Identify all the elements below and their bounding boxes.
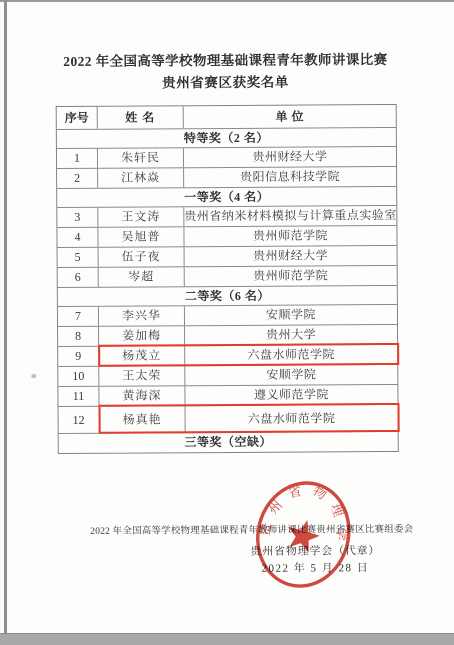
- cell-unit: 贵州财经大学: [183, 147, 396, 167]
- cell-name: 杨真艳: [99, 406, 185, 433]
- award-tier-label: 二等奖（6 名）: [58, 286, 397, 306]
- scanned-document-page: 2022 年全国高等学校物理基础课程青年教师讲课比赛 贵州省赛区获奖名单 序号姓…: [0, 0, 454, 645]
- official-seal-stamp: 贵州省物理学会: [233, 463, 373, 607]
- award-entry-row: 3王文涛贵州省纳米材料模拟与计算重点实验室: [57, 206, 396, 228]
- cell-name: 李兴华: [98, 306, 184, 326]
- award-entry-row: 10王太荣安顺学院: [58, 365, 397, 387]
- cell-unit: 安顺学院: [184, 305, 397, 325]
- scan-edge-top: [0, 0, 454, 2]
- stamp-arc-text: 贵州省物理学会: [236, 463, 367, 559]
- cell-unit: 贵阳信息科技学院: [183, 167, 396, 187]
- cell-name: 姜加梅: [98, 326, 184, 346]
- cell-no: 12: [59, 407, 99, 433]
- award-tier-row: 一等奖（4 名）: [57, 187, 396, 208]
- award-entry-row: 5伍子夜贵州财经大学: [58, 246, 397, 268]
- award-tier-label: 三等奖（空缺）: [59, 432, 398, 453]
- cell-unit: 安顺学院: [184, 365, 397, 385]
- table-header-row: 序号姓 名单 位: [57, 105, 396, 130]
- award-entry-row: 1朱轩民贵州财经大学: [57, 147, 396, 169]
- stamp-star-icon: [283, 516, 323, 554]
- document-content: 2022 年全国高等学校物理基础课程青年教师讲课比赛 贵州省赛区获奖名单 序号姓…: [0, 0, 454, 645]
- cell-name: 王太荣: [98, 366, 184, 386]
- cell-no: 9: [58, 347, 98, 366]
- award-entry-row: 12杨真艳六盘水师范学院: [59, 405, 398, 434]
- cell-no: 8: [58, 327, 98, 346]
- scan-edge-left: [4, 0, 7, 634]
- cell-unit: 贵州大学: [184, 325, 397, 345]
- title-line-1: 2022 年全国高等学校物理基础课程青年教师讲课比赛: [0, 49, 452, 74]
- cell-name: 黄海深: [98, 386, 184, 406]
- cell-unit: 贵州师范学院: [183, 226, 396, 246]
- document-title: 2022 年全国高等学校物理基础课程青年教师讲课比赛 贵州省赛区获奖名单: [0, 49, 453, 95]
- award-tier-row: 二等奖（6 名）: [58, 286, 397, 307]
- cell-name: 朱轩民: [97, 148, 183, 168]
- cell-no: 4: [57, 228, 97, 247]
- cell-unit: 遵义师范学院: [184, 385, 397, 405]
- cell-name: 伍子夜: [98, 247, 184, 267]
- award-entry-row: 4吴旭普贵州师范学院: [57, 226, 396, 248]
- cell-unit: 六盘水师范学院: [184, 345, 397, 365]
- title-line-2: 贵州省赛区获奖名单: [0, 71, 453, 95]
- scan-speck: [31, 374, 36, 378]
- award-tier-row: 特等奖（2 名）: [57, 128, 396, 149]
- cell-no: 1: [57, 149, 97, 168]
- award-entry-row: 2江林焱贵阳信息科技学院: [57, 167, 396, 189]
- cell-name: 岑超: [98, 267, 184, 287]
- award-table: 序号姓 名单 位特等奖（2 名）1朱轩民贵州财经大学2江林焱贵阳信息科技学院一等…: [56, 104, 399, 454]
- cell-no: 7: [58, 307, 98, 326]
- cell-name: 吴旭普: [97, 227, 183, 247]
- cell-unit: 贵州师范学院: [184, 266, 397, 286]
- scan-edge-bottom: [0, 633, 454, 645]
- cell-name: 杨茂立: [98, 346, 184, 366]
- cell-no: 3: [57, 208, 97, 227]
- cell-name: 江林焱: [97, 168, 183, 188]
- column-header: 序号: [57, 107, 97, 129]
- stamp-arc-text-holder: 贵州省物理学会: [236, 463, 367, 559]
- cell-no: 10: [58, 367, 98, 386]
- column-header: 单 位: [183, 105, 396, 128]
- award-entry-row: 8姜加梅贵州大学: [58, 325, 397, 347]
- cell-no: 11: [58, 387, 98, 406]
- award-tier-row: 三等奖（空缺）: [59, 432, 398, 453]
- award-entry-row: 7李兴华安顺学院: [58, 305, 397, 327]
- award-entry-row: 6岑超贵州师范学院: [58, 266, 397, 288]
- award-tier-label: 一等奖（4 名）: [57, 187, 396, 207]
- award-entry-row: 9杨茂立六盘水师范学院: [58, 345, 397, 367]
- cell-unit: 贵州财经大学: [184, 246, 397, 266]
- column-header: 姓 名: [97, 106, 183, 129]
- award-entry-row: 11黄海深遵义师范学院: [58, 385, 397, 407]
- cell-unit: 贵州省纳米材料模拟与计算重点实验室: [183, 206, 396, 226]
- cell-unit: 六盘水师范学院: [185, 405, 398, 432]
- award-tier-label: 特等奖（2 名）: [57, 128, 396, 148]
- cell-name: 王文涛: [97, 207, 183, 227]
- cell-no: 5: [58, 248, 98, 267]
- cell-no: 6: [58, 268, 98, 287]
- cell-no: 2: [57, 169, 97, 188]
